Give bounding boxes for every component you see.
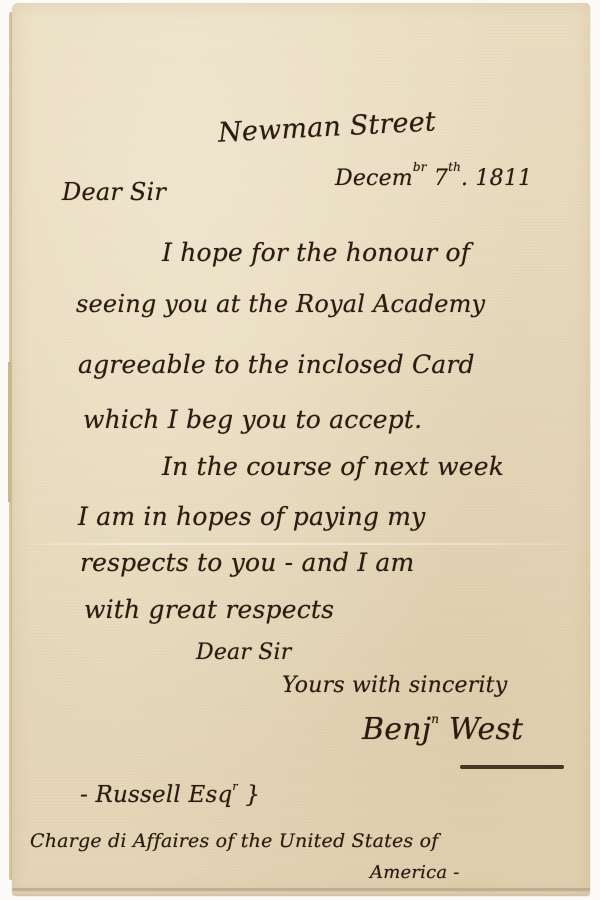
date-day-superscript: th xyxy=(448,160,461,174)
date-month-superscript: br xyxy=(413,160,427,174)
body-line-8: with great respects xyxy=(84,595,334,624)
body-line-3: agreeable to the inclosed Card xyxy=(78,350,475,379)
signature: Benjn West xyxy=(362,712,523,747)
closing: Yours with sincerity xyxy=(282,673,507,698)
salutation: Dear Sir xyxy=(62,178,166,206)
body-line-6: I am in hopes of paying my xyxy=(78,502,426,531)
paper-fold-line xyxy=(12,543,590,545)
signature-underline xyxy=(460,765,564,769)
paper-left-edge-strip xyxy=(8,362,11,502)
signature-first: Benjn West xyxy=(362,712,523,747)
closing-salutation: Dear Sir xyxy=(196,640,292,665)
signature-superscript: n xyxy=(431,712,439,726)
body-line-7: respects to you - and I am xyxy=(80,548,414,577)
recipient-superscript: r xyxy=(232,780,237,793)
recipient-country: America - xyxy=(370,862,460,883)
recipient-name-text: - Russell Esqr } xyxy=(80,782,260,808)
paper-bottom-edge xyxy=(12,888,590,891)
body-line-4: which I beg you to accept. xyxy=(83,405,422,434)
body-line-5: In the course of next week xyxy=(162,452,504,481)
recipient-name: - Russell Esqr } xyxy=(80,780,260,808)
body-line-1: I hope for the honour of xyxy=(162,238,470,267)
body-line-2: seeing you at the Royal Academy xyxy=(76,290,485,318)
date-month: Decembr 7th. 1811 xyxy=(335,166,532,191)
recipient-title: Charge di Affaires of the United States … xyxy=(30,830,438,852)
letter-date: Decembr 7th. 1811 xyxy=(335,160,532,191)
